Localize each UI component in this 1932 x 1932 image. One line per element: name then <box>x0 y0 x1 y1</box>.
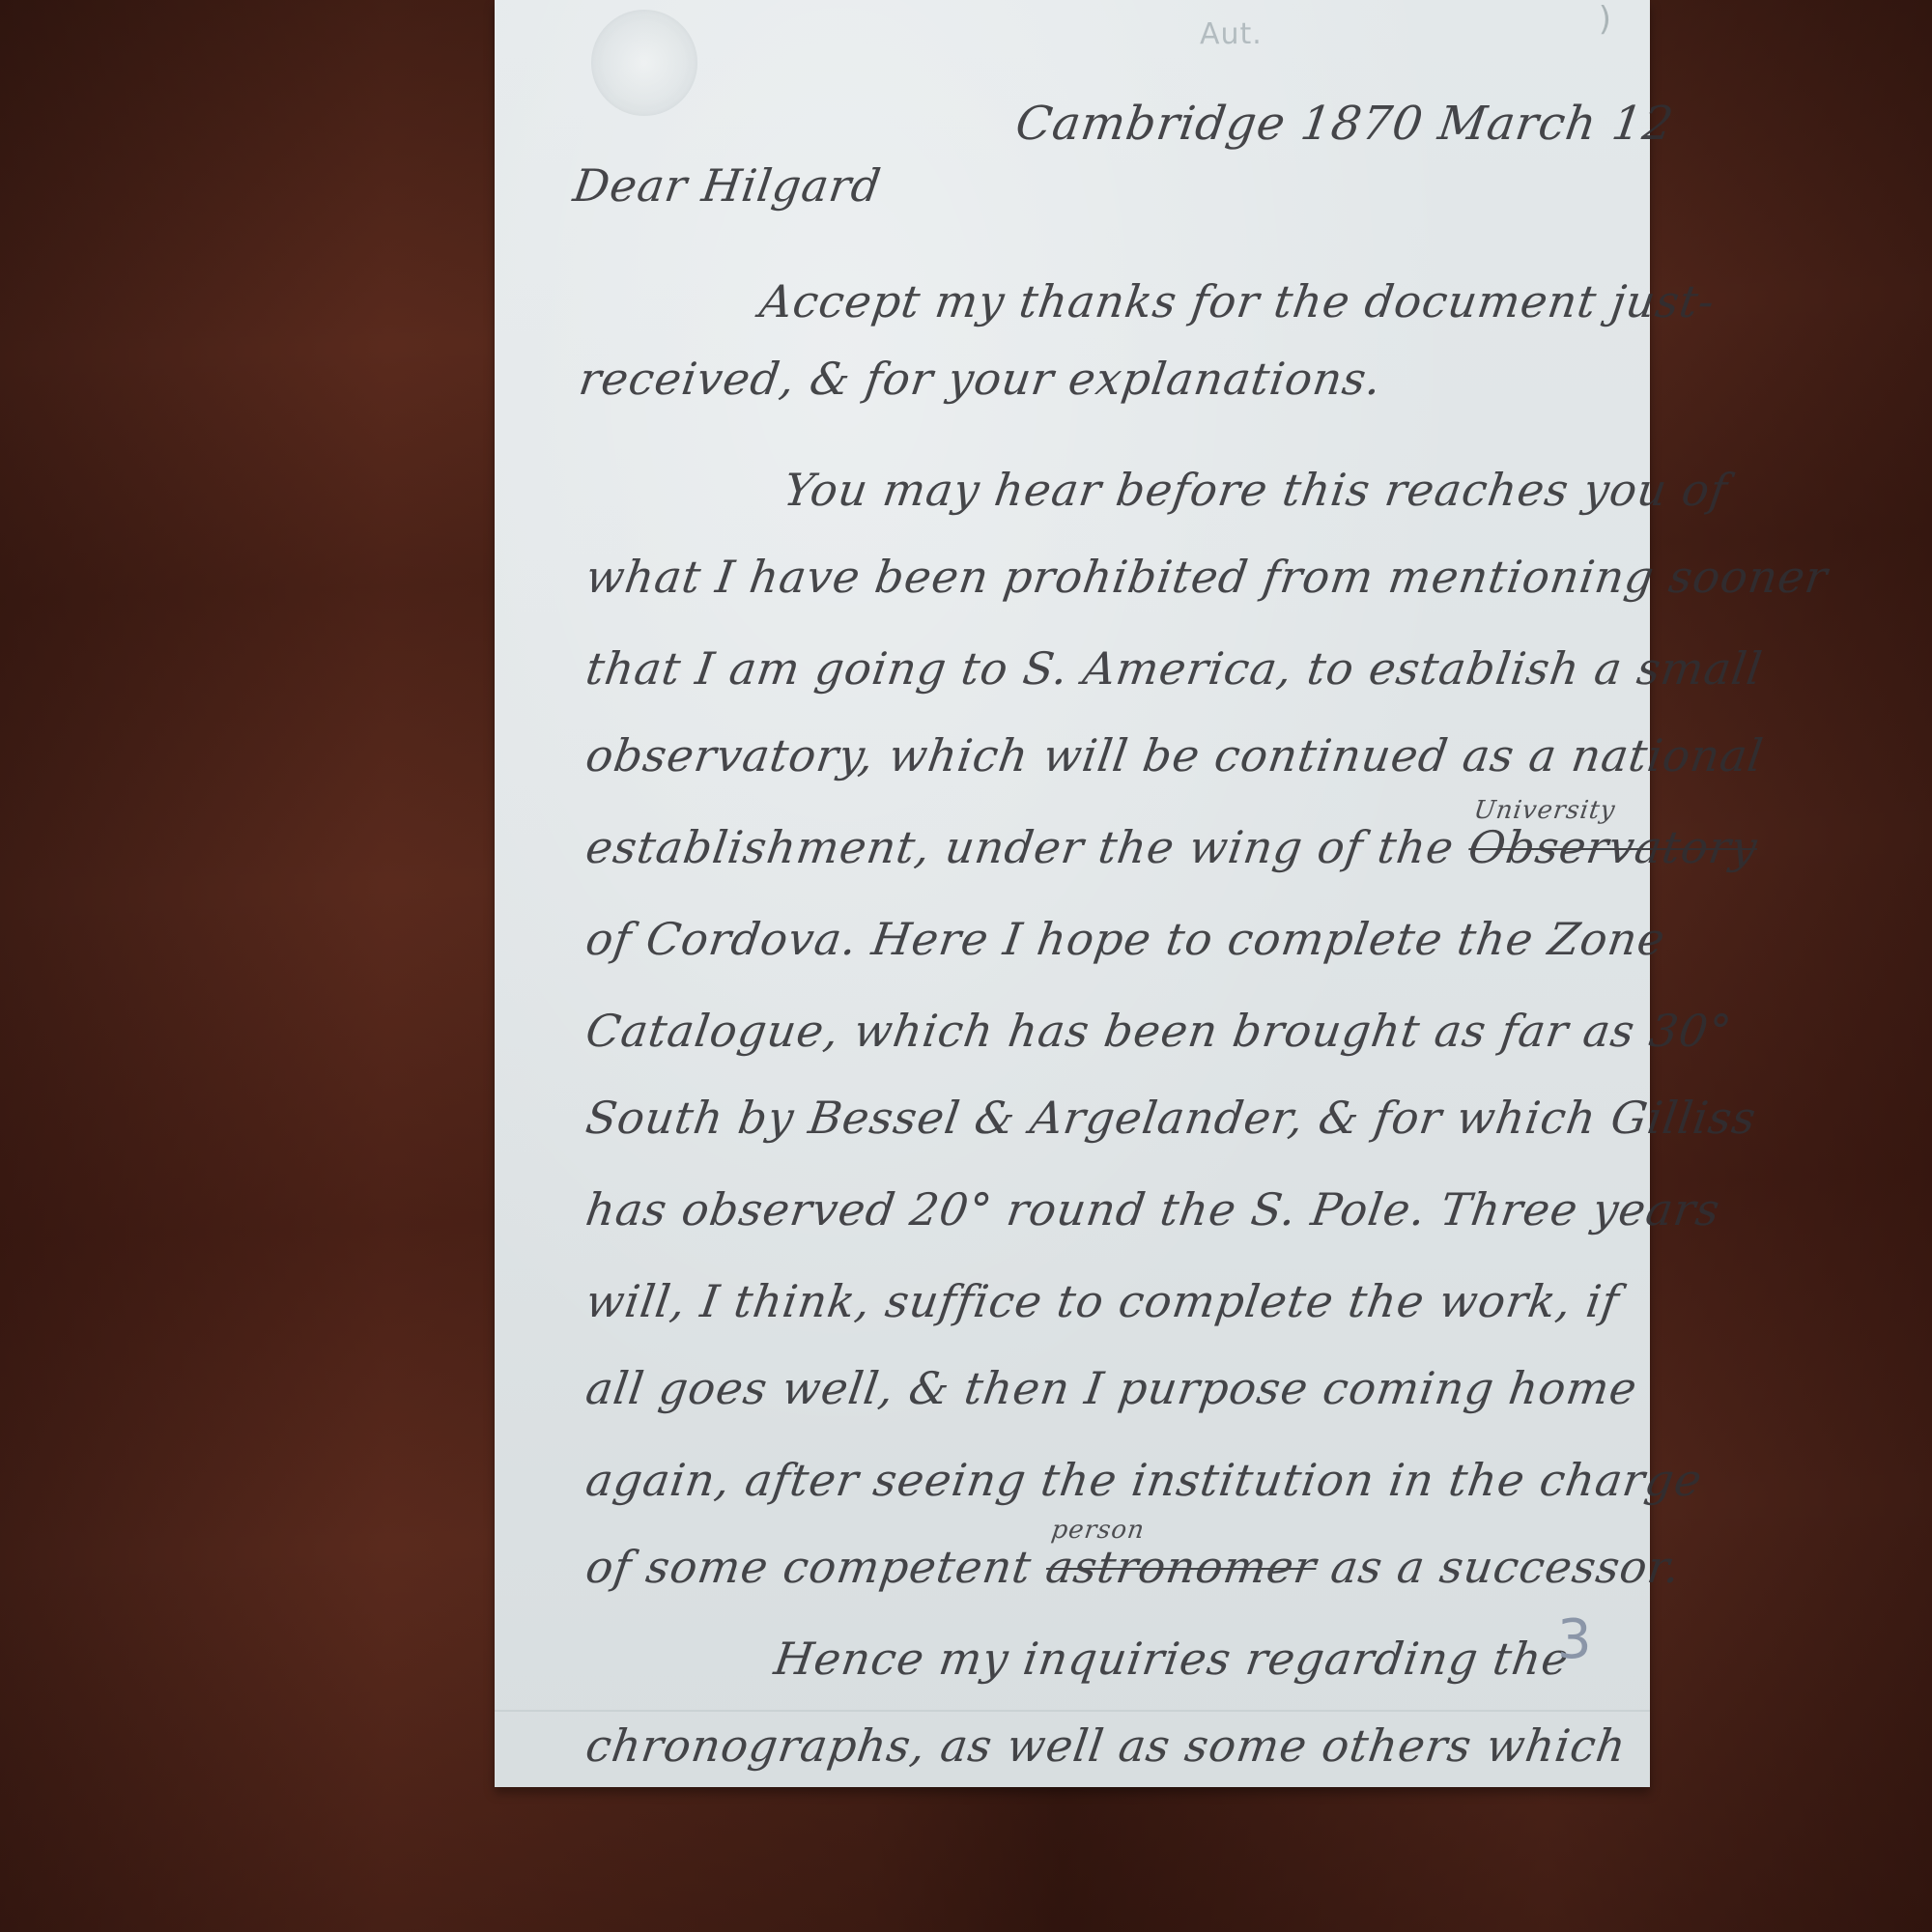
page-number: 3 <box>1557 1608 1592 1671</box>
letter-line: South by Bessel & Argelander, & for whic… <box>582 1092 1759 1144</box>
letter-line: that I am going to S. America, to establ… <box>582 642 1766 695</box>
letter-line-text: establishment, under the wing of the <box>582 821 1458 873</box>
corner-pencil-mark: ) <box>1599 0 1611 39</box>
letter-line: all goes well, & then I purpose coming h… <box>582 1362 1640 1414</box>
dateline: Cambridge 1870 March 12 <box>1012 97 1677 151</box>
embossed-seal <box>591 10 697 116</box>
letter-line: received, & for your explanations. <box>576 353 1385 405</box>
letter-line-tail: as a successor. <box>1327 1541 1684 1593</box>
paper-fold-crease <box>495 1710 1650 1712</box>
struck-word: astronomer <box>1043 1541 1321 1593</box>
letter-line: Hence my inquiries regarding the <box>771 1633 1573 1685</box>
letter-line-text: of some competent <box>582 1541 1035 1593</box>
letter-line: of Cordova. Here I hope to complete the … <box>582 913 1668 965</box>
inserted-word: person <box>1050 1516 1147 1545</box>
letter-line: You may hear before this reaches you of <box>781 464 1731 516</box>
letter-line: Catalogue, which has been brought as far… <box>582 1005 1735 1057</box>
letter-line: again, after seeing the institution in t… <box>582 1454 1705 1506</box>
letter-page: Aut. ) Cambridge 1870 March 12 Dear Hilg… <box>495 0 1650 1787</box>
letter-line-with-correction: of some competent person astronomer as a… <box>582 1541 1684 1593</box>
letter-line: what I have been prohibited from mention… <box>582 551 1832 603</box>
correction: University Observatory <box>1465 821 1761 873</box>
archive-pencil-mark: Aut. <box>1200 17 1263 51</box>
letter-line: has observed 20° round the S. Pole. Thre… <box>582 1183 1723 1236</box>
letter-line: chronographs, as well as some others whi… <box>582 1719 1630 1772</box>
letter-line-text: observatory, which will be continued as … <box>582 729 1767 781</box>
letter-line-with-correction: establishment, under the wing of the Uni… <box>582 821 1761 873</box>
salutation: Dear Hilgard <box>570 159 885 212</box>
struck-word: Observatory <box>1465 821 1761 873</box>
correction: person astronomer <box>1043 1541 1321 1593</box>
letter-line: will, I think, suffice to complete the w… <box>582 1275 1623 1327</box>
letter-line: Accept my thanks for the document just- <box>756 275 1719 327</box>
letter-line: observatory, which will be continued as … <box>582 729 1767 781</box>
inserted-word: University <box>1472 796 1617 825</box>
